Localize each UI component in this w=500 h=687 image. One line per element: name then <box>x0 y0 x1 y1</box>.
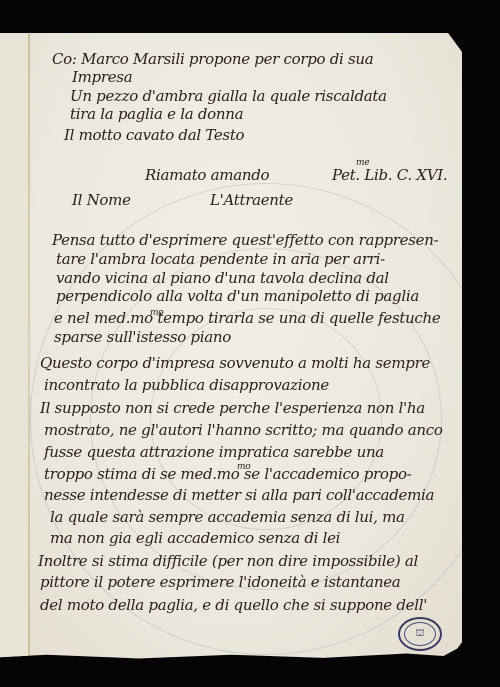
superscript-abbreviation: mo <box>150 308 163 318</box>
page-fold <box>28 33 30 661</box>
manuscript-line: perpendicolo alla volta d'un manipoletto… <box>56 287 419 305</box>
manuscript-line: troppo stima di se med.mo se l'accademic… <box>44 465 411 483</box>
manuscript-line: Impresa <box>72 68 132 86</box>
manuscript-line: Riamato amando <box>145 166 269 184</box>
stamp-inner-ring: ⛫ <box>404 622 436 646</box>
manuscript-line: Pet. Lib. C. XVI. <box>332 166 447 184</box>
manuscript-line: tira la paglia e la donna <box>70 105 243 123</box>
manuscript-line: nesse intendesse di metter si alla pari … <box>44 486 434 504</box>
superscript-abbreviation: mo <box>237 462 250 472</box>
building-icon: ⛫ <box>415 628 424 641</box>
manuscript-line: e nel med.mo tempo tirarla se una di que… <box>54 309 440 327</box>
manuscript-line: Un pezzo d'ambra gialla la quale riscald… <box>70 87 387 105</box>
previous-page-edge <box>0 33 28 661</box>
manuscript-line: Il Nome <box>72 191 131 209</box>
manuscript-line: del moto della paglia, e di quello che s… <box>40 596 427 614</box>
manuscript-line: L'Attraente <box>210 191 293 209</box>
manuscript-line: la quale sarà sempre accademia senza di … <box>50 508 405 526</box>
manuscript-line: incontrato la pubblica disapprovazione <box>44 376 329 394</box>
manuscript-line: ma non gia egli accademico senza di lei <box>50 529 340 547</box>
manuscript-line: Il motto cavato dal Testo <box>64 126 244 144</box>
manuscript-line: vando vicina al piano d'una tavola decli… <box>56 269 389 287</box>
manuscript-line: fusse questa attrazione impratica sarebb… <box>44 443 384 461</box>
manuscript-line: mostrato, ne gl'autori l'hanno scritto; … <box>44 421 443 439</box>
manuscript-line: tare l'ambra locata pendente in aria per… <box>56 250 385 268</box>
library-stamp: ⛫ <box>398 617 442 651</box>
manuscript-line: Inoltre si stima difficile (per non dire… <box>38 552 418 570</box>
manuscript-line: sparse sull'istesso piano <box>54 328 231 346</box>
manuscript-line: Questo corpo d'impresa sovvenuto a molti… <box>40 354 430 372</box>
manuscript-line: Il supposto non si crede perche l'esperi… <box>40 399 425 417</box>
manuscript-line: pittore il potere esprimere l'idoneità e… <box>40 573 400 591</box>
superscript-abbreviation: me <box>356 158 369 168</box>
manuscript-line: Pensa tutto d'esprimere quest'effetto co… <box>52 231 438 249</box>
manuscript-line: Co: Marco Marsili propone per corpo di s… <box>52 50 373 68</box>
